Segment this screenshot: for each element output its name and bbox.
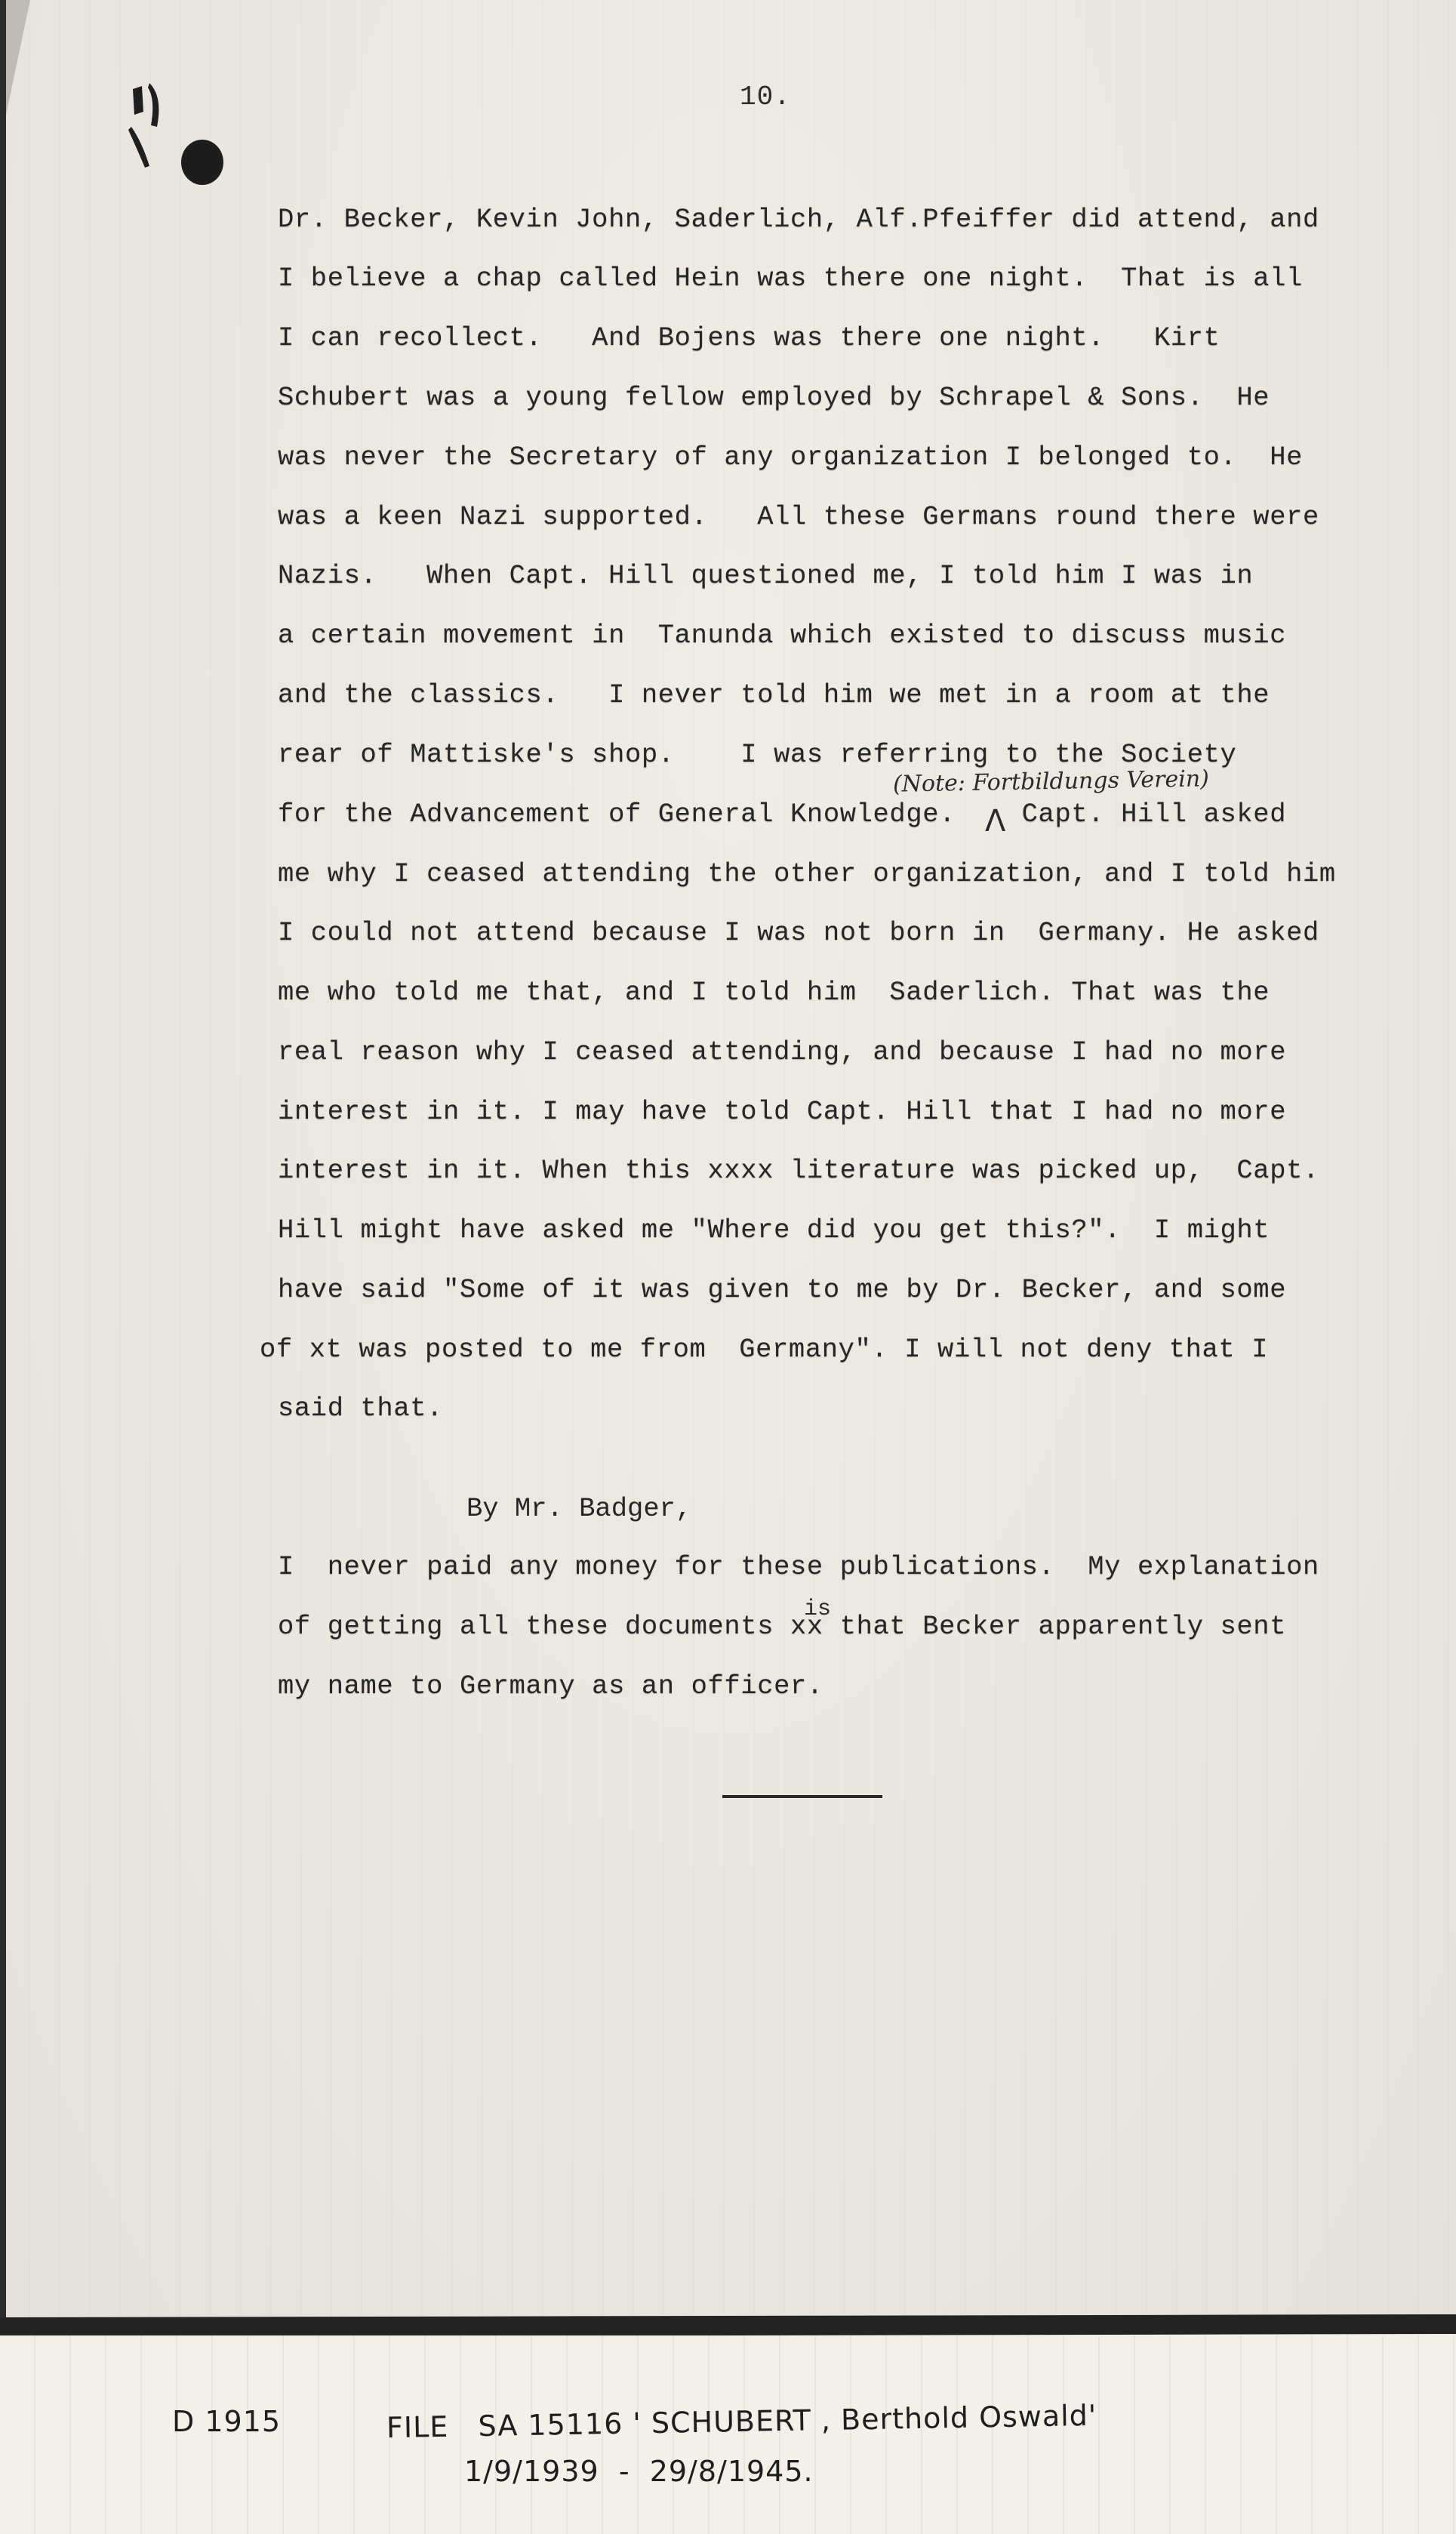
handwritten-annotation: (Note: Fortbildungs Verein) (893, 765, 1209, 797)
section-line: of getting all these documents xx that B… (278, 1611, 1286, 1642)
body-line: Dr. Becker, Kevin John, Saderlich, Alf.P… (278, 204, 1319, 235)
body-line: me why I ceased attending the other orga… (278, 858, 1336, 889)
body-line: have said "Some of it was given to me by… (278, 1274, 1286, 1305)
typed-insertion: is (804, 1596, 831, 1622)
body-line: and the classics. I never told him we me… (278, 679, 1270, 710)
scanned-page: 10. Dr. Becker, Kevin John, Saderlich, A… (0, 0, 1456, 2325)
punch-hole (181, 140, 223, 185)
page-bottom-edge (0, 2314, 1456, 2337)
body-line: Hill might have asked me "Where did you … (278, 1215, 1270, 1245)
body-line: said that. (278, 1393, 443, 1424)
body-line: a certain movement in Tanunda which exis… (278, 620, 1286, 651)
body-line: I believe a chap called Hein was there o… (278, 263, 1303, 294)
section-heading: By Mr. Badger, (466, 1493, 691, 1524)
body-line: interest in it. When this xxxx literatur… (278, 1155, 1319, 1186)
page-number: 10. (740, 82, 791, 112)
body-line: I could not attend because I was not bor… (278, 917, 1319, 948)
body-line: was never the Secretary of any organizat… (278, 442, 1303, 473)
staple-mark-icon (127, 82, 172, 172)
end-rule (722, 1795, 882, 1798)
insertion-caret-icon: Λ (985, 804, 1005, 839)
body-line: interest in it. I may have told Capt. Hi… (278, 1096, 1286, 1127)
body-line: real reason why I ceased attending, and … (278, 1036, 1286, 1067)
archive-date-range: 1/9/1939 - 29/8/1945. (464, 2455, 814, 2488)
archive-reference: D 1915 (172, 2405, 281, 2438)
body-line: for the Advancement of General Knowledge… (278, 799, 1286, 830)
body-line: Schubert was a young fellow employed by … (278, 382, 1270, 413)
section-line: I never paid any money for these publica… (278, 1551, 1319, 1582)
archive-file-line: FILE SA 15116 ' SCHUBERT , Berthold Oswa… (386, 2399, 1097, 2444)
body-line: of xt was posted to me from Germany". I … (260, 1334, 1268, 1365)
body-line: rear of Mattiske's shop. I was referring… (278, 739, 1236, 770)
body-line: I can recollect. And Bojens was there on… (278, 322, 1221, 353)
archive-label-strip: D 1915 FILE SA 15116 ' SCHUBERT , Bertho… (0, 2335, 1456, 2534)
body-line: Nazis. When Capt. Hill questioned me, I … (278, 560, 1253, 591)
body-line: was a keen Nazi supported. All these Ger… (278, 501, 1319, 532)
page-left-edge (0, 0, 6, 2332)
section-line: my name to Germany as an officer. (278, 1670, 823, 1701)
body-line: me who told me that, and I told him Sade… (278, 977, 1270, 1008)
